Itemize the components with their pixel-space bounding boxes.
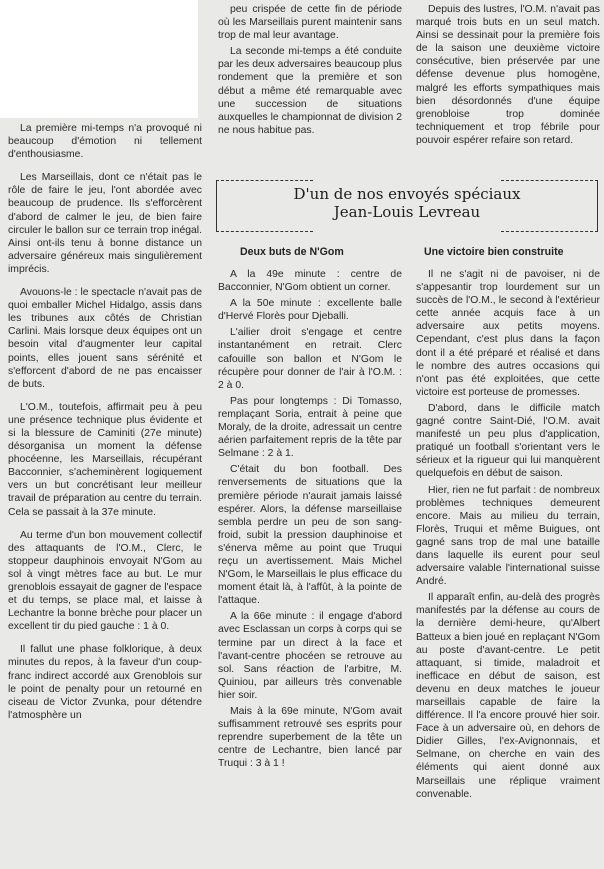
paragraph: peu crispée de cette fin de période où l… (218, 3, 402, 42)
paragraph: L'ailier droit s'engage et centre instan… (218, 326, 402, 391)
paragraph: A la 66e minute : il engage d'abord avec… (218, 610, 402, 702)
paragraph: Il ne s'agit ni de pavoiser, ni de s'app… (416, 268, 600, 399)
paragraph: Il apparaît enfin, au-delà des progrès m… (416, 591, 600, 801)
article-column-middle: A la 49e minute : centre de Bacconnier, … (218, 268, 402, 773)
byline: D'un de nos envoyés spéciaux Jean-Louis … (216, 185, 598, 221)
paragraph: C'était du bon football. Des renversemen… (218, 463, 402, 607)
paragraph: Depuis des lustres, l'O.M. n'avait pas m… (416, 3, 600, 147)
paragraph: Avouons-le : le spectacle n'avait pas de… (8, 286, 202, 391)
paragraph: D'abord, dans le difficile match gagné c… (416, 402, 600, 481)
paragraph: Il fallut une phase folklorique, à deux … (8, 643, 202, 722)
article-column-right-top: Depuis des lustres, l'O.M. n'avait pas m… (416, 3, 600, 157)
paragraph: L'O.M., toutefois, affirmait peu à peu u… (8, 401, 202, 519)
paragraph: Au terme d'un bon mouvement collectif de… (8, 529, 202, 634)
blank-area (0, 0, 198, 118)
subheading-victory: Une victoire bien construite (424, 246, 564, 258)
paragraph: Pas pour longtemps : Di Tomasso, remplaç… (218, 395, 402, 460)
byline-box: D'un de nos envoyés spéciaux Jean-Louis … (216, 176, 598, 232)
article-column-left: La première mi-temps n'a provoqué ni bea… (8, 122, 202, 732)
article-column-right: Il ne s'agit ni de pavoiser, ni de s'app… (416, 268, 600, 804)
paragraph: A la 50e minute : excellente balle d'Her… (218, 297, 402, 323)
paragraph: La seconde mi-temps a été conduite par l… (218, 45, 402, 137)
paragraph: Mais à la 69e minute, N'Gom avait suffis… (218, 705, 402, 770)
paragraph: A la 49e minute : centre de Bacconnier, … (218, 268, 402, 294)
paragraph: La première mi-temps n'a provoqué ni bea… (8, 122, 202, 161)
subheading-goals: Deux buts de N'Gom (240, 246, 344, 258)
article-column-middle-top: peu crispée de cette fin de période où l… (218, 3, 402, 147)
paragraph: Hier, rien ne fut parfait : de nombreux … (416, 484, 600, 589)
paragraph: Les Marseillais, dont ce n'était pas le … (8, 171, 202, 276)
byline-line-1: D'un de nos envoyés spéciaux (216, 185, 598, 203)
byline-author: Jean-Louis Levreau (216, 203, 598, 221)
